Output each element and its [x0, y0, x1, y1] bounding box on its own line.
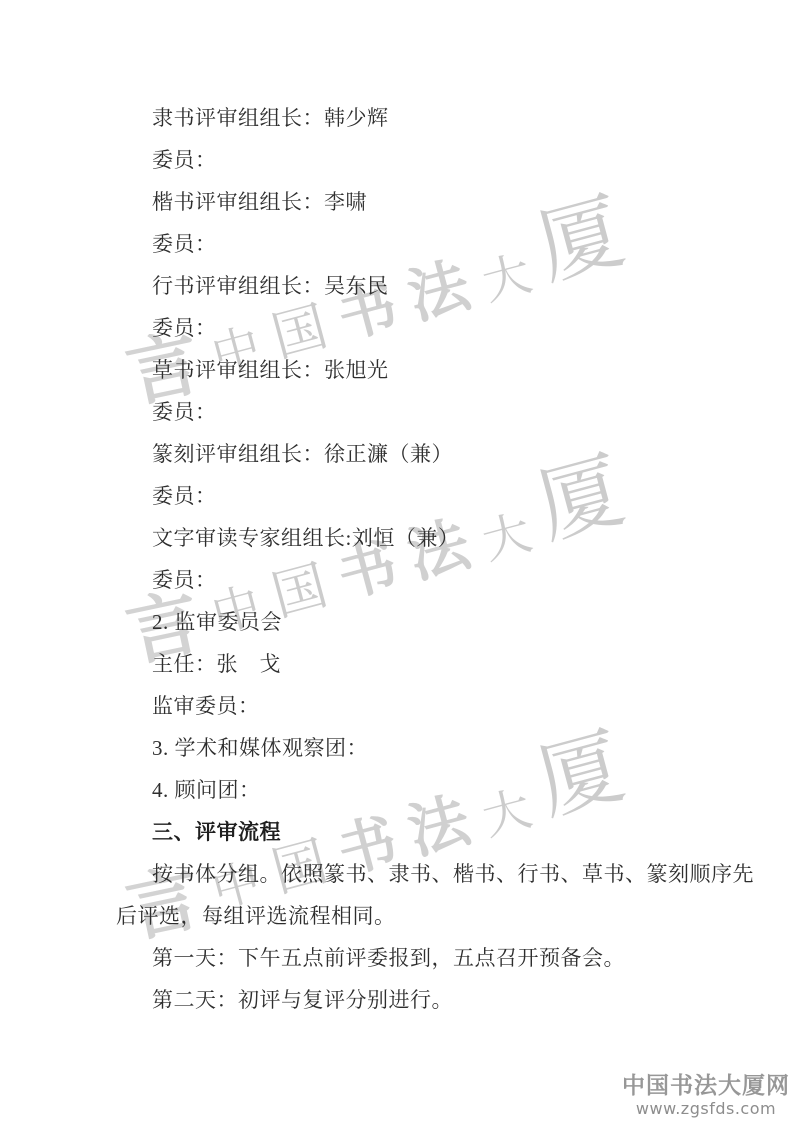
- site-logo: 中国书法大厦网 www.zgsfds.com: [622, 1073, 790, 1118]
- doc-line: 委员：: [116, 559, 696, 601]
- doc-line: 监审委员：: [116, 685, 696, 727]
- doc-line: 委员：: [116, 391, 696, 433]
- doc-line: 第一天：下午五点前评委报到，五点召开预备会。: [116, 937, 696, 979]
- doc-line: 主任：张 戈: [116, 643, 696, 685]
- site-logo-text: 中国书法大厦网: [622, 1073, 790, 1099]
- doc-line: 文字审读专家组组长:刘恒（兼）: [116, 517, 696, 559]
- doc-line: 2. 监审委员会: [116, 601, 696, 643]
- doc-line: 楷书评审组组长：李啸: [116, 181, 696, 223]
- doc-line: 委员：: [116, 139, 696, 181]
- document-page: 言 中 国 书 法 大 厦 言 中 国 书 法 大 厦 言 中 国 书 法 大 …: [0, 0, 800, 1131]
- document-body: 隶书评审组组长：韩少辉 委员： 楷书评审组组长：李啸 委员： 行书评审组组长：吴…: [116, 97, 696, 1021]
- site-url: www.zgsfds.com: [622, 1099, 790, 1118]
- doc-line: 委员：: [116, 223, 696, 265]
- doc-heading-review-process: 三、评审流程: [116, 811, 696, 853]
- doc-line: 3. 学术和媒体观察团：: [116, 727, 696, 769]
- doc-line: 篆刻评审组组长：徐正濂（兼）: [116, 433, 696, 475]
- doc-line: 草书评审组组长：张旭光: [116, 349, 696, 391]
- doc-line: 行书评审组组长：吴东民: [116, 265, 696, 307]
- doc-line: 委员：: [116, 475, 696, 517]
- doc-line: 第二天：初评与复评分别进行。: [116, 979, 696, 1021]
- doc-line: 4. 顾问团：: [116, 769, 696, 811]
- doc-line: 后评选，每组评选流程相同。: [116, 895, 696, 937]
- doc-line: 委员：: [116, 307, 696, 349]
- doc-line: 按书体分组。依照篆书、隶书、楷书、行书、草书、篆刻顺序先: [116, 853, 696, 895]
- doc-line: 隶书评审组组长：韩少辉: [116, 97, 696, 139]
